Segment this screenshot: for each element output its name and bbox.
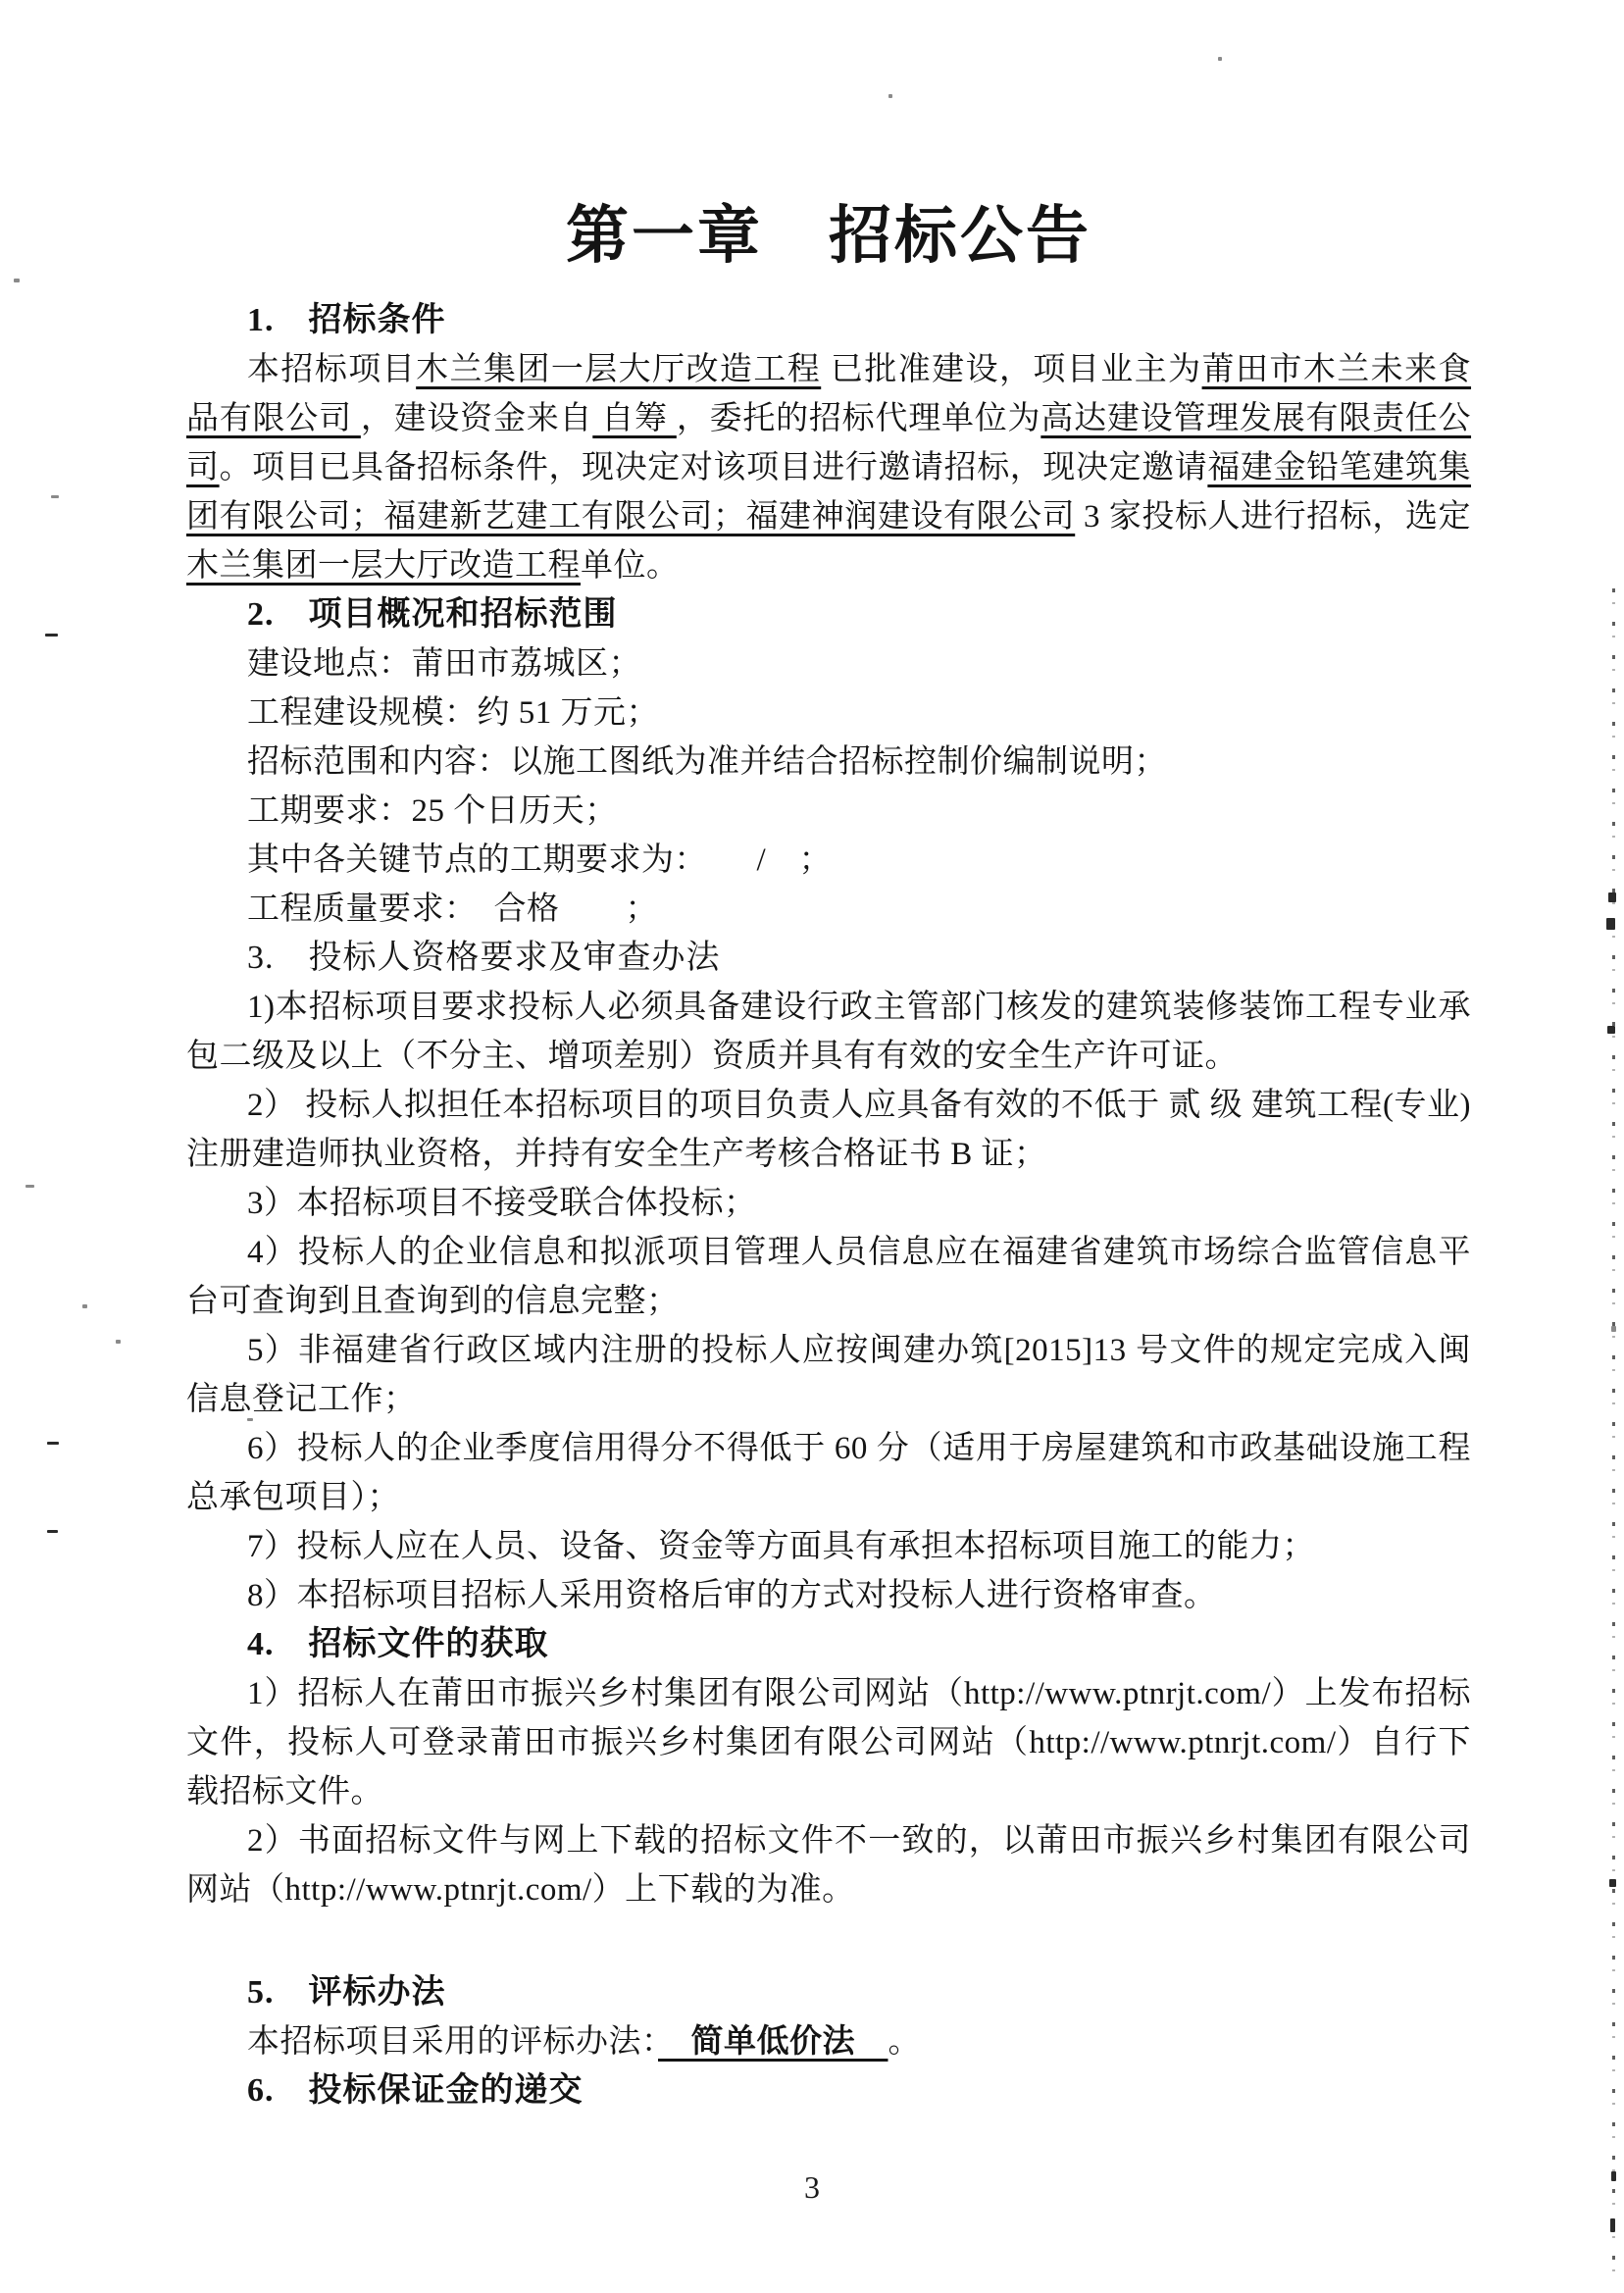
- underlined-text: 木兰集团一层大厅改造工程: [186, 548, 581, 584]
- text-run: ，委托的招标代理单位为: [677, 401, 1040, 436]
- section-heading: 3. 投标人资格要求及审查办法: [186, 934, 1471, 983]
- paragraph: 2）书面招标文件与网上下载的招标文件不一致的，以莆田市振兴乡村集团有限公司网站（…: [186, 1816, 1471, 1914]
- text-run: 工期要求：25 个日历天；: [247, 793, 618, 829]
- paragraph: 其中各关键节点的工期要求为： / ；: [186, 836, 1471, 885]
- text-run: 本招标项目: [247, 352, 416, 387]
- scan-artifact: [1606, 918, 1615, 930]
- text-run: 。项目已具备招标条件，现决定对该项目进行邀请招标，现决定邀请: [220, 450, 1208, 485]
- scan-artifact: [14, 279, 20, 282]
- paragraph: 4）投标人的企业信息和拟派项目管理人员信息应在福建省建筑市场综合监管信息平台可查…: [186, 1228, 1471, 1326]
- text-run: ，建设资金来自: [361, 401, 592, 436]
- section-heading: 2. 项目概况和招标范围: [186, 590, 1471, 639]
- scan-artifact: [1218, 57, 1222, 61]
- text-run: 建设地点：莆田市荔城区；: [247, 646, 641, 682]
- text-run: 7）投标人应在人员、设备、资金等方面具有承担本招标项目施工的能力；: [247, 1529, 1315, 1564]
- document-body: 1. 招标条件本招标项目木兰集团一层大厅改造工程 已批准建设，项目业主为莆田市木…: [186, 296, 1471, 2115]
- scan-artifact: [1609, 1879, 1616, 1887]
- paragraph: 建设地点：莆田市荔城区；: [186, 639, 1471, 688]
- scan-artifact: [1610, 2218, 1615, 2232]
- text-run: 本招标项目采用的评标办法：: [247, 2024, 658, 2060]
- scan-artifact: [1608, 892, 1616, 902]
- paragraph: 本招标项目木兰集团一层大厅改造工程 已批准建设，项目业主为莆田市木兰未来食品有限…: [186, 345, 1471, 590]
- paragraph: 2） 投标人拟担任本招标项目的项目负责人应具备有效的不低于 贰 级 建筑工程(专…: [186, 1081, 1471, 1179]
- text-run: 已批准建设，项目业主为: [821, 352, 1201, 387]
- text-run: 8）本招标项目招标人采用资格后审的方式对投标人进行资格审查。: [247, 1578, 1217, 1613]
- text-run: 工程质量要求： 合格 ；: [247, 892, 658, 927]
- scan-artifact: [51, 495, 59, 498]
- scan-artifact: [45, 634, 58, 637]
- section-heading: 4. 招标文件的获取: [186, 1620, 1471, 1669]
- underlined-text: 简单低价法: [658, 2024, 888, 2060]
- paragraph: 7）投标人应在人员、设备、资金等方面具有承担本招标项目施工的能力；: [186, 1522, 1471, 1571]
- scan-artifact: [25, 1185, 34, 1188]
- paragraph: 招标范围和内容：以施工图纸为准并结合招标控制价编制说明；: [186, 738, 1471, 787]
- text-run: 招标范围和内容：以施工图纸为准并结合招标控制价编制说明；: [247, 744, 1167, 780]
- scan-artifact: [116, 1340, 121, 1344]
- text-run: 3 家投标人进行招标，选定: [1075, 499, 1471, 535]
- scan-artifact: [1611, 1326, 1616, 1332]
- page-title: 第一章 招标公告: [186, 196, 1471, 277]
- scan-artifact: [247, 1418, 253, 1421]
- paragraph: 8）本招标项目招标人采用资格后审的方式对投标人进行资格审查。: [186, 1571, 1471, 1620]
- underlined-text: 木兰集团一层大厅改造工程: [416, 352, 821, 387]
- paragraph: 3）本招标项目不接受联合体投标；: [186, 1179, 1471, 1228]
- section-heading: 6. 投标保证金的递交: [186, 2066, 1471, 2115]
- paragraph: 6）投标人的企业季度信用得分不得低于 60 分（适用于房屋建筑和市政基础设施工程…: [186, 1424, 1471, 1522]
- section-heading: 1. 招标条件: [186, 296, 1471, 345]
- text-run: 2）书面招标文件与网上下载的招标文件不一致的，以莆田市振兴乡村集团有限公司网站（…: [186, 1823, 1471, 1908]
- text-run: 2） 投标人拟担任本招标项目的项目负责人应具备有效的不低于 贰 级 建筑工程(专…: [186, 1088, 1471, 1172]
- text-run: 。: [888, 2024, 922, 2060]
- paragraph: 工期要求：25 个日历天；: [186, 787, 1471, 836]
- scan-artifact: [1611, 2171, 1616, 2181]
- paragraph: 5）非福建省行政区域内注册的投标人应按闽建办筑[2015]13 号文件的规定完成…: [186, 1326, 1471, 1424]
- scan-artifact: [888, 94, 892, 98]
- scan-artifact: [82, 1304, 87, 1308]
- text-run: 1)本招标项目要求投标人必须具备建设行政主管部门核发的建筑装修装饰工程专业承包二…: [186, 990, 1471, 1074]
- text-run: 3）本招标项目不接受联合体投标；: [247, 1186, 757, 1221]
- page-number: 3: [0, 2169, 1624, 2206]
- document-page: 第一章 招标公告 1. 招标条件本招标项目木兰集团一层大厅改造工程 已批准建设，…: [0, 0, 1624, 2293]
- text-run: 5）非福建省行政区域内注册的投标人应按闽建办筑[2015]13 号文件的规定完成…: [186, 1333, 1471, 1417]
- scan-artifact: [47, 1442, 59, 1445]
- paragraph: 本招标项目采用的评标办法： 简单低价法 。: [186, 2017, 1471, 2066]
- text-run: 单位。: [581, 548, 680, 584]
- vertical-gap: [186, 1914, 1471, 1968]
- text-run: 1）招标人在莆田市振兴乡村集团有限公司网站（http://www.ptnrjt.…: [186, 1676, 1471, 1809]
- paragraph: 1)本招标项目要求投标人必须具备建设行政主管部门核发的建筑装修装饰工程专业承包二…: [186, 983, 1471, 1081]
- section-heading: 5. 评标办法: [186, 1968, 1471, 2017]
- text-run: 4）投标人的企业信息和拟派项目管理人员信息应在福建省建筑市场综合监管信息平台可查…: [186, 1235, 1471, 1319]
- text-run: 工程建设规模：约 51 万元；: [247, 695, 659, 731]
- text-run: 6）投标人的企业季度信用得分不得低于 60 分（适用于房屋建筑和市政基础设施工程…: [186, 1431, 1471, 1515]
- paragraph: 工程质量要求： 合格 ；: [186, 885, 1471, 934]
- scan-artifact: [1607, 1026, 1615, 1034]
- paragraph: 1）招标人在莆田市振兴乡村集团有限公司网站（http://www.ptnrjt.…: [186, 1669, 1471, 1816]
- text-run: 其中各关键节点的工期要求为： / ；: [247, 842, 832, 878]
- paragraph: 工程建设规模：约 51 万元；: [186, 688, 1471, 738]
- underlined-text: 自筹: [592, 401, 677, 436]
- scan-edge-dots: [1612, 588, 1615, 2285]
- scan-artifact: [47, 1530, 58, 1533]
